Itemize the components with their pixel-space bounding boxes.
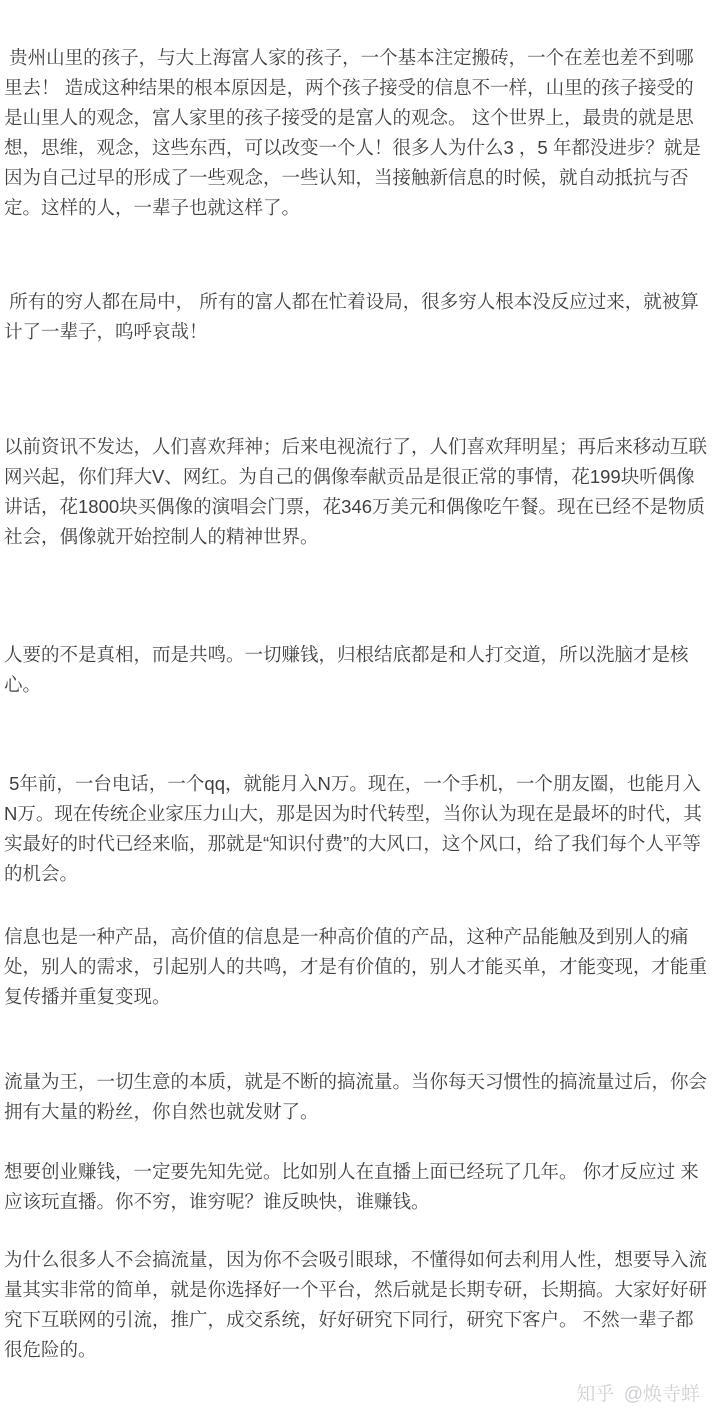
article-paragraph: 信息也是一种产品，高价值的信息是一种高价值的产品，这种产品能触及到别人的痛处，别…	[4, 922, 712, 1012]
watermark-brand: 知乎	[576, 1384, 614, 1405]
article-body: 贵州山里的孩子，与大上海富人家的孩子，一个基本注定搬砖，一个在差也差不到哪里去！…	[0, 0, 720, 1409]
zhihu-watermark: 知乎 @焕寺蛘	[4, 1381, 712, 1409]
article-paragraph: 流量为王，一切生意的本质，就是不断的搞流量。当你每天习惯性的搞流量过后，你会拥有…	[4, 1067, 712, 1127]
watermark-author: @焕寺蛘	[624, 1384, 700, 1405]
article-paragraph: 所有的穷人都在局中， 所有的富人都在忙着设局，很多穷人根本没反应过来，就被算计了…	[4, 287, 712, 347]
article-paragraph: 以前资讯不发达，人们喜欢拜神；后来电视流行了，人们喜欢拜明星；再后来移动互联网兴…	[4, 432, 712, 552]
article-paragraph: 5年前，一台电话，一个qq，就能月入N万。现在，一个手机，一个朋友圈，也能月入N…	[4, 769, 712, 889]
article-paragraph: 人要的不是真相，而是共鸣。一切赚钱，归根结底都是和人打交道，所以洗脑才是核心。	[4, 640, 712, 700]
article-paragraph: 贵州山里的孩子，与大上海富人家的孩子，一个基本注定搬砖，一个在差也差不到哪里去！…	[4, 43, 712, 223]
article-paragraph: 想要创业赚钱，一定要先知先觉。比如别人在直播上面已经玩了几年。 你才反应过 来应…	[4, 1157, 712, 1217]
article-paragraph: 为什么很多人不会搞流量，因为你不会吸引眼球，不懂得如何去利用人性，想要导入流量其…	[4, 1245, 712, 1365]
